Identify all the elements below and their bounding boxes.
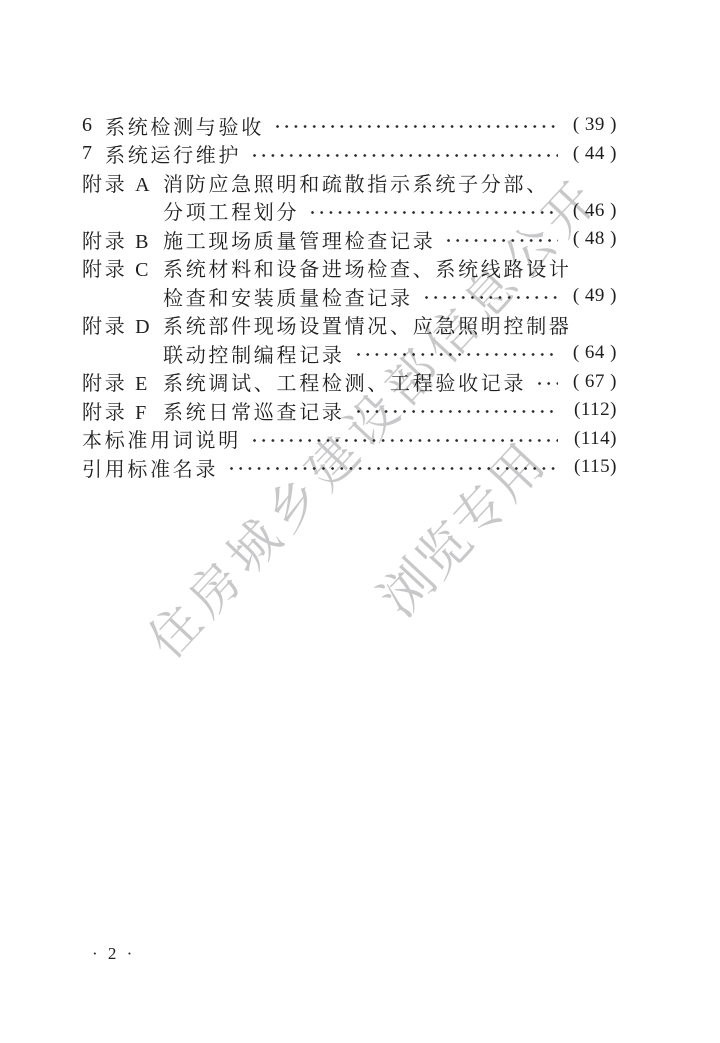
dot-leader	[230, 467, 558, 470]
toc-row: 联动控制编程记录( 64 )	[82, 339, 617, 368]
toc-row: 7系统运行维护( 44 )	[82, 140, 617, 169]
toc-row: 分项工程划分( 46 )	[82, 197, 617, 226]
toc-row: 附录 B施工现场质量管理检查记录( 48 )	[82, 225, 617, 254]
dot-leader	[357, 410, 558, 413]
document-page: 住房城乡建设部信息公开 浏览专用 6系统检测与验收( 39 )7系统运行维护( …	[0, 0, 720, 1043]
toc-entry-label: 附录 E	[82, 367, 163, 396]
toc-entry-label: 附录 D	[82, 310, 163, 339]
toc-entry-page: ( 48 )	[567, 228, 617, 250]
toc-entry-title: 系统调试、工程检测、工程验收记录	[163, 367, 526, 396]
toc-entry-title: 联动控制编程记录	[163, 339, 345, 368]
toc-list: 6系统检测与验收( 39 )7系统运行维护( 44 )附录 A消防应急照明和疏散…	[82, 111, 617, 482]
toc-entry-title: 系统运行维护	[105, 139, 241, 168]
toc-entry-page: (114)	[567, 428, 617, 450]
toc-row: 本标准用词说明(114)	[82, 425, 617, 454]
dot-leader	[311, 211, 558, 214]
toc-row: 附录 A消防应急照明和疏散指示系统子分部、	[82, 168, 617, 197]
toc-entry-page: (115)	[567, 456, 617, 478]
toc-entry-title: 施工现场质量管理检查记录	[163, 225, 435, 254]
toc-row: 检查和安装质量检查记录( 49 )	[82, 282, 617, 311]
page-number: · 2 ·	[92, 944, 135, 964]
dot-leader	[357, 353, 558, 356]
dot-leader	[538, 382, 558, 385]
toc-row: 附录 D系统部件现场设置情况、应急照明控制器	[82, 311, 617, 340]
dot-leader	[425, 296, 558, 299]
toc-entry-label: 附录 C	[82, 253, 163, 282]
toc-entry-page: (112)	[567, 399, 617, 421]
dot-leader	[276, 125, 558, 128]
toc-entry-title: 消防应急照明和疏散指示系统子分部、	[163, 168, 549, 197]
toc-entry-title: 系统日常巡查记录	[163, 396, 345, 425]
toc-entry-page: ( 46 )	[567, 200, 617, 222]
dot-leader	[447, 239, 558, 242]
toc-entry-title: 系统检测与验收	[105, 111, 264, 140]
toc-entry-title: 系统部件现场设置情况、应急照明控制器	[163, 310, 572, 339]
toc-entry-title: 引用标准名录	[82, 453, 218, 482]
toc-entry-label: 附录 B	[82, 225, 163, 254]
toc-entry-label: 附录 F	[82, 396, 163, 425]
toc-entry-page: ( 49 )	[567, 285, 617, 307]
toc-entry-page: ( 44 )	[567, 143, 617, 165]
toc-entry-title: 系统材料和设备进场检查、系统线路设计	[163, 253, 572, 282]
toc-entry-page: ( 67 )	[567, 371, 617, 393]
toc-row: 引用标准名录(115)	[82, 453, 617, 482]
toc-row: 附录 E系统调试、工程检测、工程验收记录( 67 )	[82, 368, 617, 397]
toc-row: 附录 F系统日常巡查记录(112)	[82, 396, 617, 425]
toc-entry-title: 本标准用词说明	[82, 424, 241, 453]
toc-entry-label: 附录 A	[82, 168, 163, 197]
toc-entry-title: 检查和安装质量检查记录	[163, 282, 413, 311]
toc-entry-page: ( 64 )	[567, 342, 617, 364]
toc-entry-label: 7	[82, 142, 105, 165]
dot-leader	[253, 439, 558, 442]
dot-leader	[253, 154, 558, 157]
toc-entry-page: ( 39 )	[567, 114, 617, 136]
toc-entry-title: 分项工程划分	[163, 196, 299, 225]
toc-row: 附录 C系统材料和设备进场检查、系统线路设计	[82, 254, 617, 283]
toc-entry-label: 6	[82, 114, 105, 137]
toc-row: 6系统检测与验收( 39 )	[82, 111, 617, 140]
